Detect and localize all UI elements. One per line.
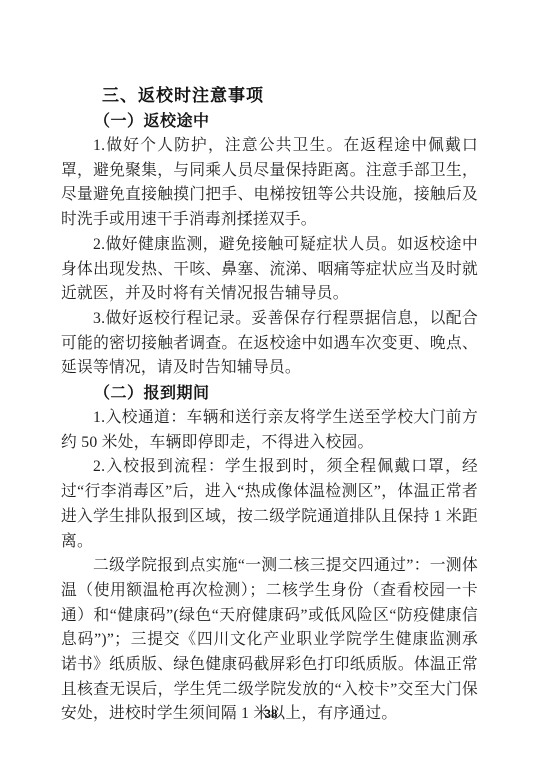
paragraph-college-checkpoint: 二级学院报到点实施“一测二核三提交四通过”：一测体温（使用额温枪再次检测）；二核… [61,554,478,727]
paragraph-entry-channel: 1.入校通道：车辆和送行亲友将学生送至学校大门前方约 50 米处，车辆即停即走，… [61,406,478,455]
paragraph-travel-records: 3.做好返校行程记录。妥善保存行程票据信息，以配合可能的密切接触者调查。在返校途… [61,307,478,381]
page-number: 38 [0,706,542,722]
document-content: 三、返校时注意事项 （一）返校途中 1.做好个人防护，注意公共卫生。在返程途中佩… [61,82,478,727]
section-heading: 三、返校时注意事项 [61,82,478,109]
subsection-heading-registration-period: （二）报到期间 [61,381,478,406]
subsection-heading-returning-route: （一）返校途中 [61,109,478,134]
paragraph-health-monitoring: 2.做好健康监测，避免接触可疑症状人员。如返校途中身体出现发热、干咳、鼻塞、流涕… [61,233,478,307]
paragraph-registration-process: 2.入校报到流程：学生报到时，须全程佩戴口罩，经过“行李消毒区”后，进入“热成像… [61,455,478,554]
document-page: 三、返校时注意事项 （一）返校途中 1.做好个人防护，注意公共卫生。在返程途中佩… [0,0,542,768]
paragraph-personal-protection: 1.做好个人防护，注意公共卫生。在返程途中佩戴口罩，避免聚集，与同乘人员尽量保持… [61,134,478,233]
